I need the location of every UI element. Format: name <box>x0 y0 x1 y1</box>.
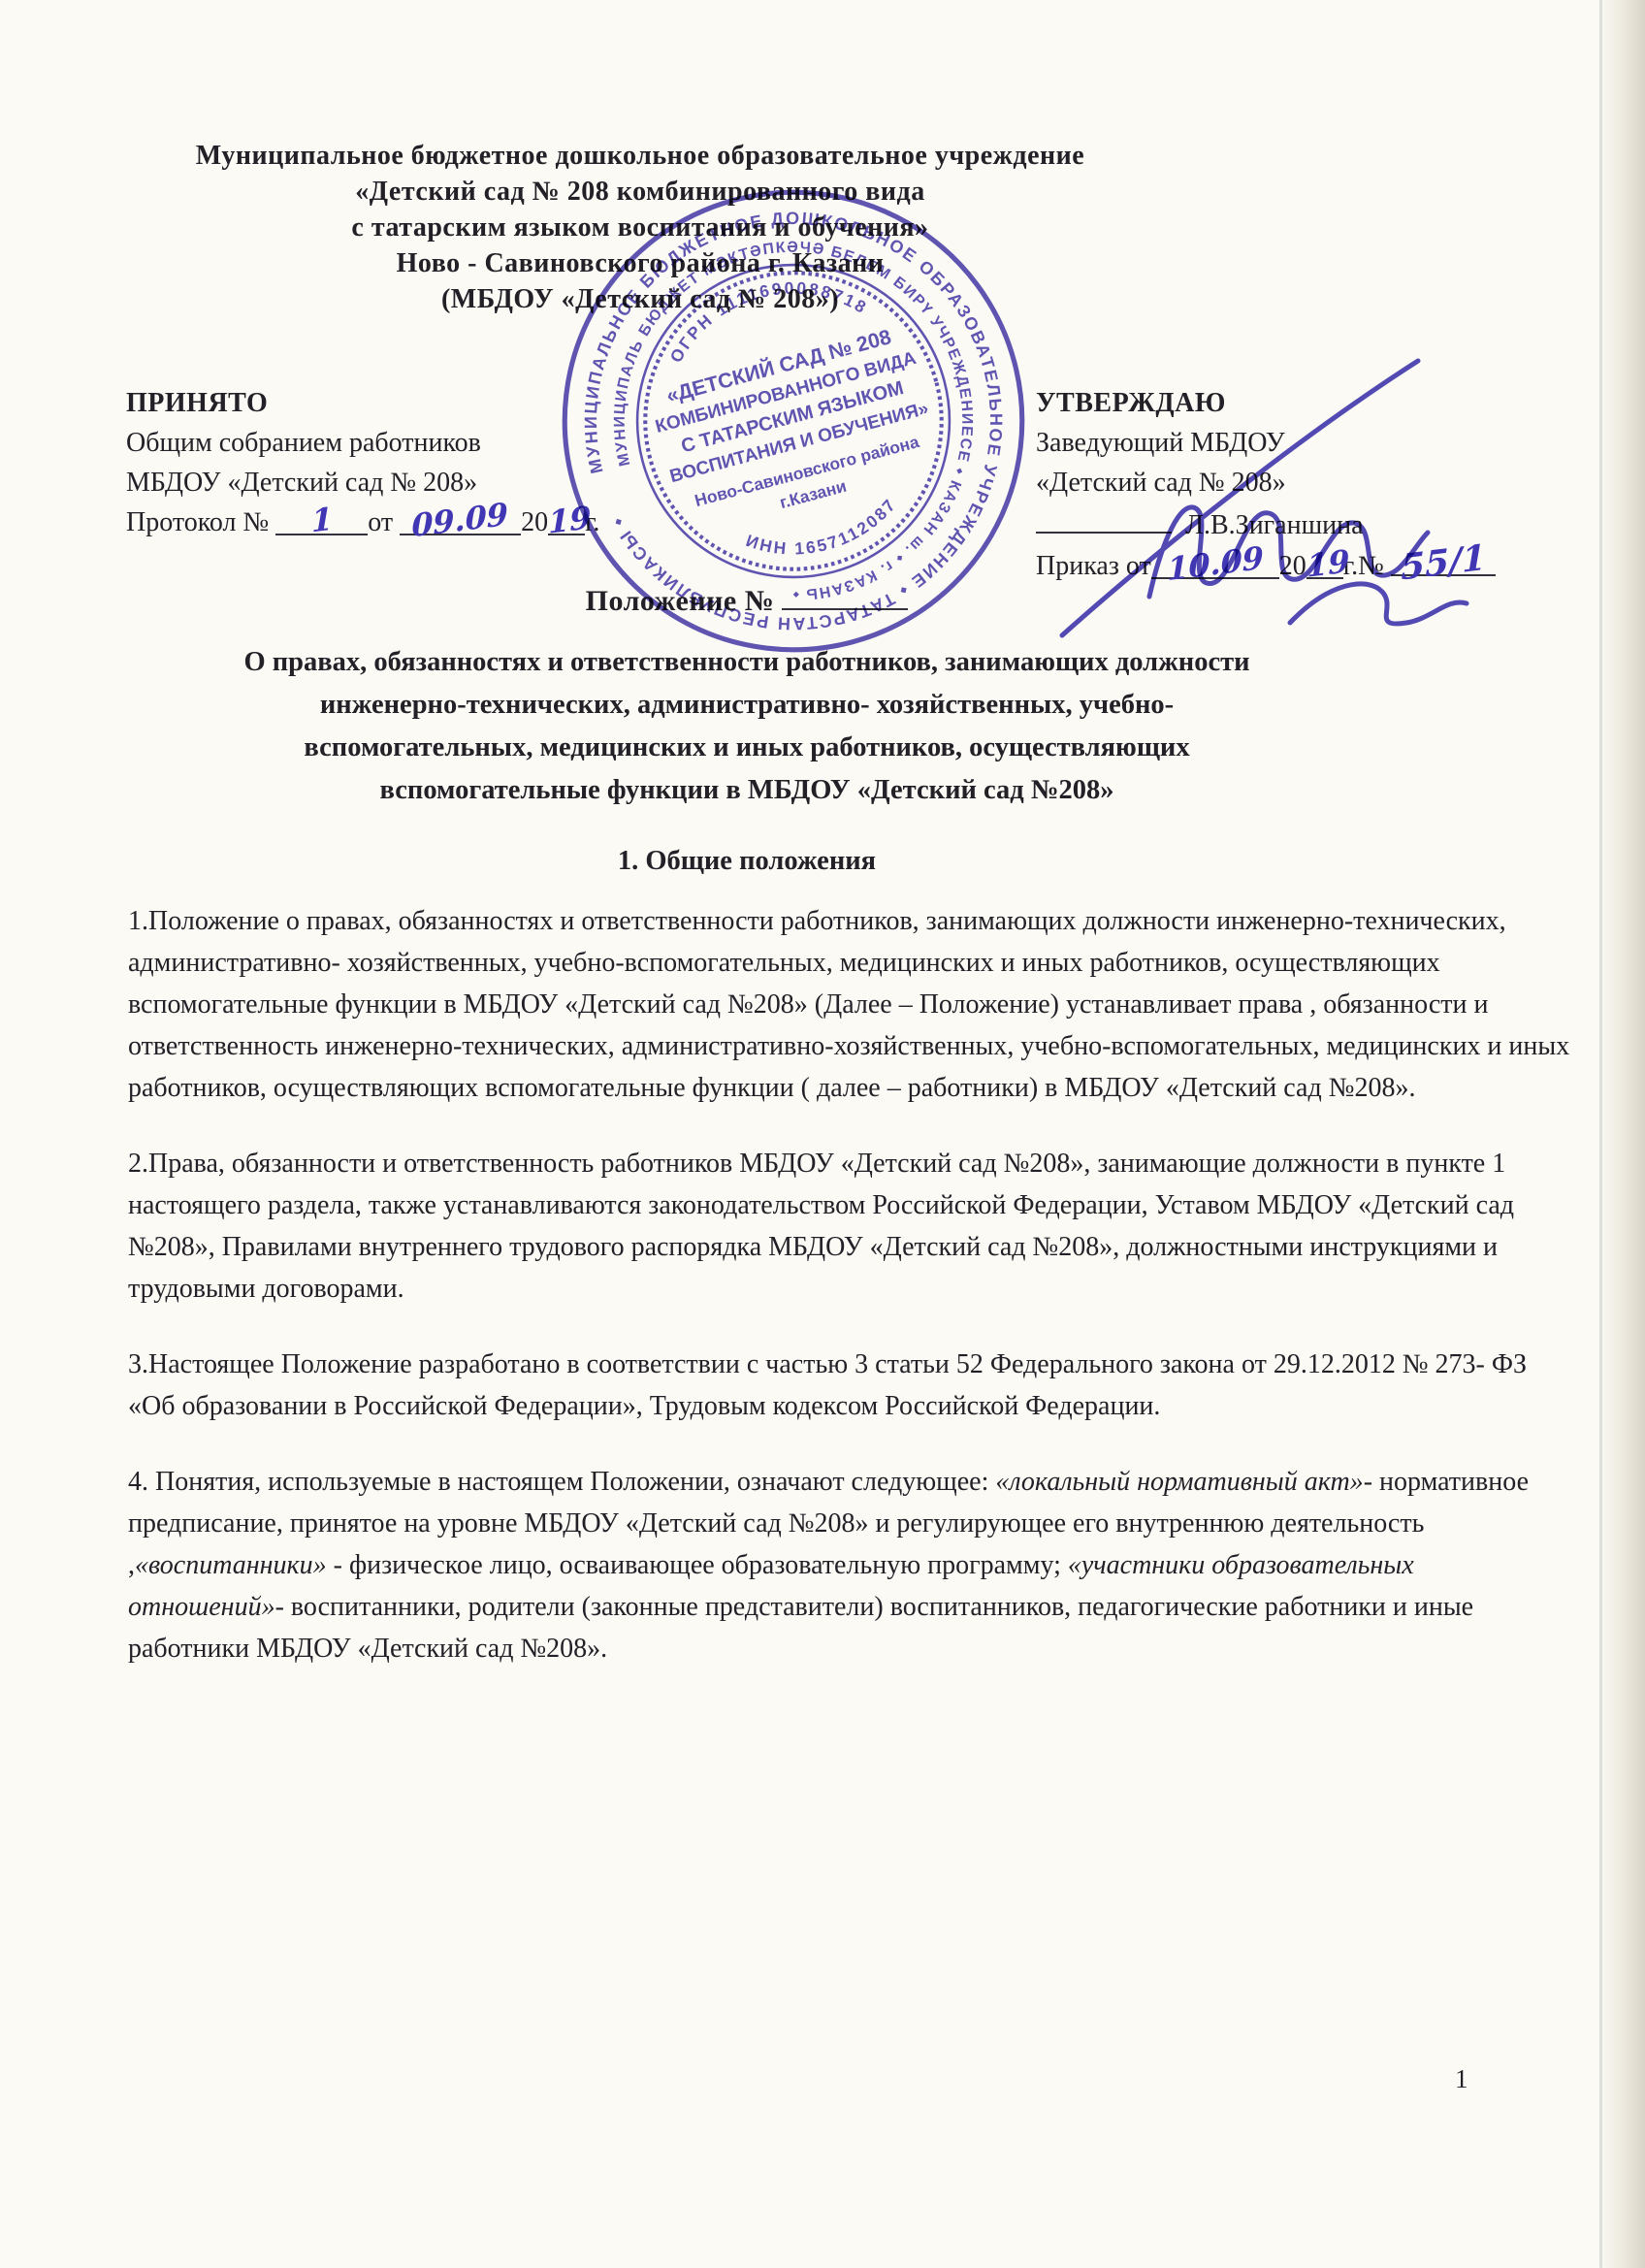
protocol-date-blank: 09.09 <box>400 504 521 535</box>
century-text: 20 <box>521 507 548 537</box>
paragraph-text: - физическое лицо, осваивающее образоват… <box>327 1550 1068 1580</box>
paragraph: 4. Понятия, используемые в настоящем Пол… <box>128 1461 1571 1669</box>
header-line: Муниципальное бюджетное дошкольное образ… <box>126 138 1154 174</box>
paragraph-text: - воспитанники, родители (законные предс… <box>128 1592 1473 1664</box>
scan-edge <box>1598 0 1645 2268</box>
paragraph-text: 3.Настоящее Положение разработано в соот… <box>128 1349 1527 1421</box>
handwritten-signature <box>951 320 1591 708</box>
paragraph: 2.Права, обязанности и ответственность р… <box>128 1143 1571 1310</box>
page-number: 1 <box>1455 2064 1468 2094</box>
from-label: от <box>368 507 393 537</box>
paragraph: 3.Настоящее Положение разработано в соот… <box>128 1344 1571 1427</box>
signature-scribble <box>1149 507 1428 597</box>
paragraph-text: 4. Понятия, используемые в настоящем Пол… <box>128 1467 995 1497</box>
term-italic: «воспитанники» <box>135 1550 327 1580</box>
signature-long-stroke <box>1062 361 1418 635</box>
protocol-label: Протокол № <box>126 507 269 537</box>
paragraph-text: 1.Положение о правах, обязанностях и отв… <box>128 906 1569 1103</box>
scanned-document-page: Муниципальное бюджетное дошкольное образ… <box>0 0 1645 2268</box>
protocol-number-handwritten: 1 <box>310 503 333 537</box>
paragraph-text: 2.Права, обязанности и ответственность р… <box>128 1149 1514 1304</box>
section-heading: 1. Общие положения <box>126 846 1368 877</box>
protocol-number-blank: 1 <box>275 504 368 535</box>
signature-flourish <box>1290 584 1467 624</box>
title-line: вспомогательные функции в МБДОУ «Детский… <box>126 769 1368 812</box>
body-paragraphs: 1.Положение о правах, обязанностях и отв… <box>128 900 1571 1703</box>
title-line: вспомогательных, медицинских и иных рабо… <box>126 727 1368 769</box>
paragraph: 1.Положение о правах, обязанностях и отв… <box>128 900 1571 1109</box>
protocol-date-handwritten: 09.09 <box>412 499 509 541</box>
term-italic: «локальный нормативный акт» <box>995 1467 1363 1497</box>
